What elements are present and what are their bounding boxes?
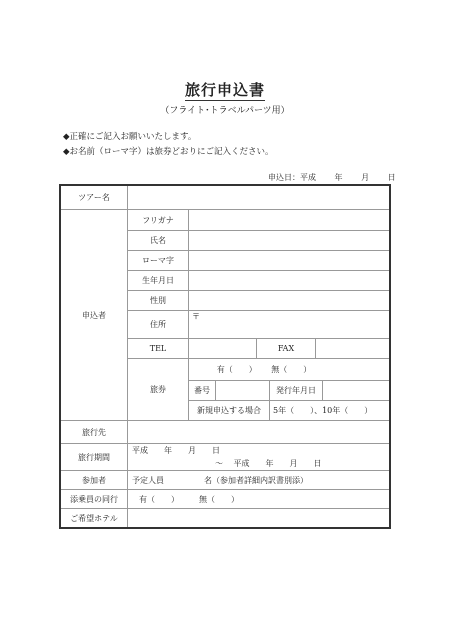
fax-label: FAX [257,339,315,358]
tel-label: TEL [128,339,188,358]
page-subtitle: （フライト･トラベルパーツ用） [0,103,450,116]
tour-name-label: ツアー名 [61,186,127,209]
romaji-label: ローマ字 [128,251,188,270]
name-field[interactable] [189,231,389,250]
applicant-label: 申込者 [61,210,127,420]
period-start[interactable]: 平成 年 月 日 [132,444,389,457]
hotel-field[interactable] [128,509,389,527]
new-application-options[interactable]: 5年（ ）、10年（ ） [273,401,389,420]
participants-label: 参加者 [61,471,127,489]
gender-field[interactable] [189,291,389,310]
application-form-table: ツアー名 申込者 フリガナ 氏名 ローマ字 生年月日 性別 住所 〒 TEL F… [59,184,391,529]
furigana-field[interactable] [189,210,389,230]
tel-field[interactable] [189,339,256,358]
gender-label: 性別 [128,291,188,310]
period-end[interactable]: ～ 平成 年 月 日 [215,457,389,470]
address-label: 住所 [128,311,188,338]
title-text: 旅行申込書 [185,81,265,101]
issue-date-label: 発行年月日 [270,381,322,400]
birthdate-label: 生年月日 [128,271,188,290]
issue-date-field[interactable] [323,381,389,400]
fax-field[interactable] [316,339,389,358]
hotel-label: ご希望ホテル [61,509,127,527]
romaji-field[interactable] [189,251,389,270]
note-1: ◆正確にご記入お願いいたします。 [63,130,196,142]
passport-has-option[interactable]: 有（ ） 無（ ） [189,359,389,380]
destination-field[interactable] [128,421,389,443]
birthdate-field[interactable] [189,271,389,290]
conductor-label: 添乗員の同行 [61,490,127,508]
period-label: 旅行期間 [61,444,127,470]
conductor-option[interactable]: 有（ ） 無（ ） [139,490,389,508]
passport-label: 旅券 [128,359,188,420]
note-2: ◆お名前（ローマ字）は旅券どおりにご記入ください。 [63,145,274,157]
participants-field[interactable]: 予定人員 名（参加者詳細内訳書別添） [132,471,389,489]
address-field[interactable]: 〒 [192,311,389,323]
tour-name-field[interactable] [128,186,389,209]
page-title: 旅行申込書 [0,79,450,100]
new-application-label: 新規申込する場合 [189,401,269,420]
passport-number-label: 番号 [189,381,215,400]
passport-number-field[interactable] [216,381,269,400]
destination-label: 旅行先 [61,421,127,443]
application-date[interactable]: 申込日：平成 年 月 日 [268,172,396,183]
name-label: 氏名 [128,231,188,250]
furigana-label: フリガナ [128,210,188,230]
